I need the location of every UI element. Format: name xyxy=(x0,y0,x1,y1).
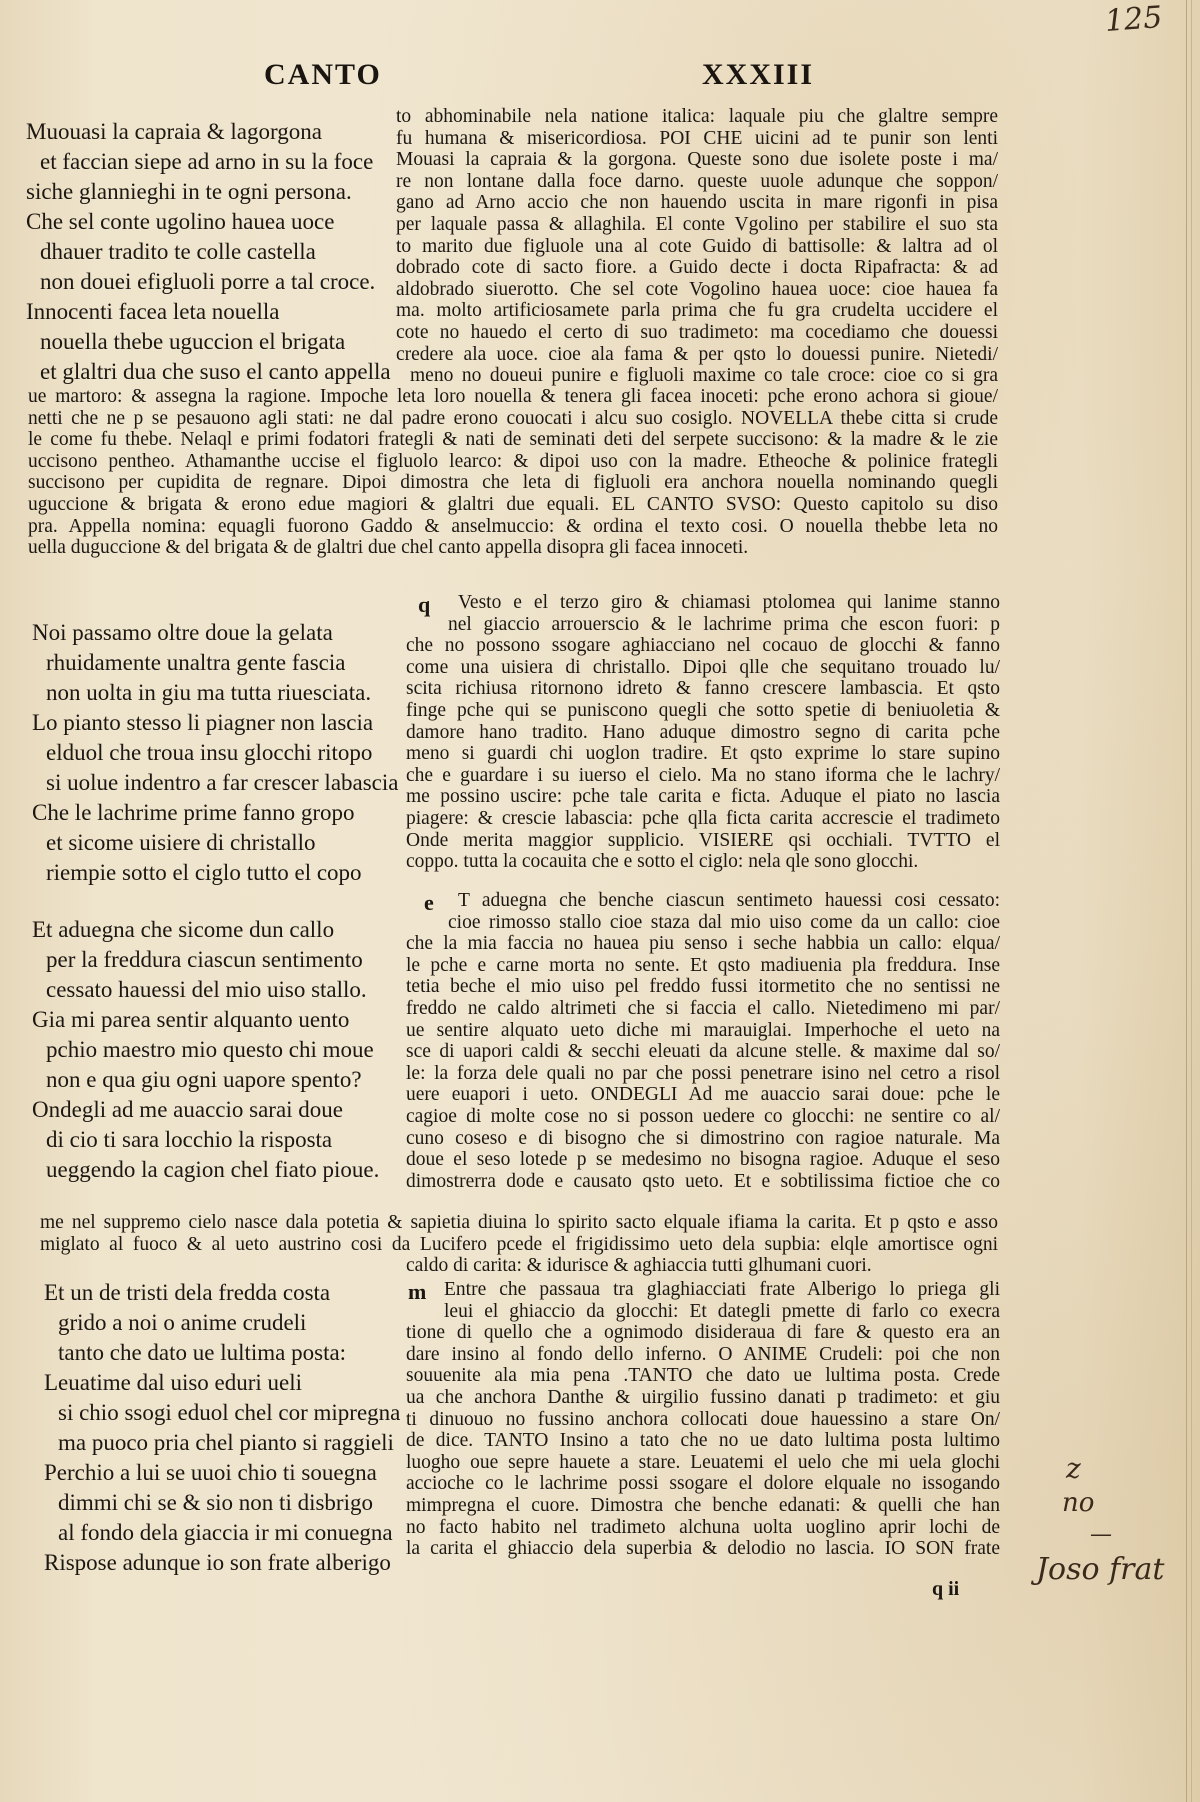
verse-line: Che sel conte ugolino hauea uoce xyxy=(26,207,396,237)
verse-line: et sicome uisiere di christallo xyxy=(32,828,402,858)
commentary-line: caldo di carita: & idurisce & aghiaccia … xyxy=(40,1255,998,1277)
verse-block-1: Muouasi la capraia & lagorgona et faccia… xyxy=(26,117,396,387)
commentary-line: dimostrerra dode e causato qsto ueto. Et… xyxy=(406,1171,1000,1193)
verse-line: Innocenti facea leta nouella xyxy=(26,297,396,327)
commentary-block-1: to abhominabile nela natione italica: la… xyxy=(396,106,998,387)
commentary-line: tione di quello che a ognimodo disiderau… xyxy=(406,1322,1000,1344)
commentary-line: credere ala uoce. cioe ala fama & per qs… xyxy=(396,344,998,366)
commentary-line: doue el seso lotede p se medesimo no bis… xyxy=(406,1149,1000,1171)
verse-line: dimmi chi se & sio non ti disbrigo xyxy=(44,1488,404,1518)
commentary-line: T aduegna che benche ciascun sentimeto h… xyxy=(406,890,1000,912)
verse-line: et glaltri dua che suso el canto appella xyxy=(26,357,396,387)
commentary-line: pra. Appella nomina: equagli fuorono Gad… xyxy=(28,516,998,538)
commentary-line: ue martoro: & assegna la ragione. Impoch… xyxy=(28,386,998,408)
commentary-line: re non lontane dalla foce darno. queste … xyxy=(396,171,998,193)
running-head-right: XXXIII xyxy=(702,58,814,92)
commentary-full-width-2: me nel suppremo cielo nasce dala potetia… xyxy=(40,1212,998,1277)
verse-line: Perchio a lui se uuoi chio ti souegna xyxy=(44,1458,404,1488)
verse-line: Et un de tristi dela fredda costa xyxy=(44,1278,404,1308)
commentary-line: le: la forza dele quali no par che possi… xyxy=(406,1063,1000,1085)
commentary-line: ti dinuouo no fussino anchora collocati … xyxy=(406,1409,1000,1431)
commentary-line: dobrado cote di sacto fiore. a Guido dec… xyxy=(396,257,998,279)
commentary-line: che e guardare i su iuerso el cielo. Ma … xyxy=(406,765,1000,787)
verse-line: Che le lachrime prime fanno gropo xyxy=(32,798,402,828)
margin-note-line: z xyxy=(1066,1452,1081,1485)
verse-line: Leuatime dal uiso eduri ueli xyxy=(44,1368,404,1398)
commentary-line: no facto habito nel tradimeto alchuna uo… xyxy=(406,1517,1000,1539)
commentary-line: ma. molto artificiosamete parla prima ch… xyxy=(396,300,998,322)
verse-line: Ondegli ad me auaccio sarai doue xyxy=(32,1095,402,1125)
commentary-line: netti che ne p se pesauono agli stati: n… xyxy=(28,408,998,430)
verse-line: di cio ti sara locchio la risposta xyxy=(32,1125,402,1155)
verse-line: pchio maestro mio questo chi moue xyxy=(32,1035,402,1065)
verse-line: ueggendo la cagion chel fiato pioue. xyxy=(32,1155,402,1185)
verse-line: ma puoco pria chel pianto si raggieli xyxy=(44,1428,404,1458)
verse-line: per la freddura ciascun sentimento xyxy=(32,945,402,975)
commentary-line: ua che anchora Danthe & uirgilio fussino… xyxy=(406,1387,1000,1409)
verse-block-4: Et un de tristi dela fredda costa grido … xyxy=(44,1278,404,1578)
book-page: 125 CANTO XXXIII Muouasi la capraia & la… xyxy=(0,0,1200,1802)
commentary-line: uere euapori i ueto. ONDEGLI Ad me auacc… xyxy=(406,1084,1000,1106)
handwritten-folio-number: 125 xyxy=(1104,0,1164,39)
commentary-line: la carita el ghiaccio dela superbia & de… xyxy=(406,1538,1000,1560)
commentary-line: finge pche qui se puniscono quegli che s… xyxy=(406,700,1000,722)
verse-line: rhuidamente unaltra gente fascia xyxy=(32,648,402,678)
commentary-line: Mouasi la capraia & la gorgona. Queste s… xyxy=(396,149,998,171)
commentary-line: Entre che passaua tra glaghiacciati frat… xyxy=(406,1279,1000,1301)
verse-line: al fondo dela giaccia ir mi conuegna xyxy=(44,1518,404,1548)
commentary-line: tetia beche el mio uiso pel freddo fussi… xyxy=(406,976,1000,998)
commentary-line: uccisono pentheo. Athamanthe uccise el f… xyxy=(28,451,998,473)
verse-line: siche glannieghi in te ogni persona. xyxy=(26,177,396,207)
commentary-line: souuenite ala mia pena .TANTO che dato u… xyxy=(406,1365,1000,1387)
commentary-line: cuno coseso e di bisogno che si dimostri… xyxy=(406,1128,1000,1150)
verse-line: non e qua giu ogni uapore spento? xyxy=(32,1065,402,1095)
verse-line: riempie sotto el ciglo tutto el copo xyxy=(32,858,402,888)
verse-line: Lo pianto stesso li piagner non lascia xyxy=(32,708,402,738)
commentary-line: me nel suppremo cielo nasce dala potetia… xyxy=(40,1212,998,1234)
verse-line: dhauer tradito te colle castella xyxy=(26,237,396,267)
commentary-line: uguccione & brigata & erono edue magiori… xyxy=(28,494,998,516)
commentary-line: gano ad Arno accio che non hauendo uscit… xyxy=(396,192,998,214)
commentary-line: Vesto e el terzo giro & chiamasi ptolome… xyxy=(406,592,1000,614)
commentary-line: mimpregna el cuore. Dimostra che benche … xyxy=(406,1495,1000,1517)
commentary-full-width-1: ue martoro: & assegna la ragione. Impoch… xyxy=(28,386,998,559)
commentary-line: leui el ghiaccio da glocchi: Et dategli … xyxy=(406,1301,1000,1323)
commentary-line: aldobrado siuerotto. Che sel cote Vogoli… xyxy=(396,279,998,301)
commentary-line: me possino uscire: pche tale carita e fi… xyxy=(406,786,1000,808)
verse-line: grido a noi o anime crudeli xyxy=(44,1308,404,1338)
commentary-line: uella duguccione & del brigata & de glal… xyxy=(28,537,998,559)
signature-mark: q ii xyxy=(932,1578,959,1601)
running-head-left: CANTO xyxy=(264,58,382,92)
commentary-line: cagioe di molte cose no si posson uedere… xyxy=(406,1106,1000,1128)
commentary-line: coppo. tutta la cocauita che e sotto el … xyxy=(406,851,1000,873)
commentary-line: meno si guardi chi uoglon tradire. Et qs… xyxy=(406,743,1000,765)
verse-line: cessato hauessi del mio uiso stallo. xyxy=(32,975,402,1005)
commentary-line: fu humana & misericordiosa. POI CHE uici… xyxy=(396,128,998,150)
commentary-line: to abhominabile nela natione italica: la… xyxy=(396,106,998,128)
verse-line: si chio ssogi eduol chel cor mipregna xyxy=(44,1398,404,1428)
verse-line: nouella thebe uguccion el brigata xyxy=(26,327,396,357)
commentary-line: dare insino al fondo dello inferno. O AN… xyxy=(406,1344,1000,1366)
commentary-line: de dice. TANTO Insino a tato che no ue d… xyxy=(406,1430,1000,1452)
commentary-line: accioche co le lachrime possi ssogare el… xyxy=(406,1473,1000,1495)
commentary-line: sce di uapori caldi & secchi eleuati da … xyxy=(406,1041,1000,1063)
commentary-line: per laquale passa & allaghila. El conte … xyxy=(396,214,998,236)
commentary-line: succisono per cupidita de regnare. Dipoi… xyxy=(28,472,998,494)
commentary-block-3: T aduegna che benche ciascun sentimeto h… xyxy=(406,890,1000,1192)
commentary-block-2: Vesto e el terzo giro & chiamasi ptolome… xyxy=(406,592,1000,873)
commentary-line: meno no doueui punire e figluoli maxime … xyxy=(396,365,998,387)
commentary-line: Onde merita maggior supplicio. VISIERE q… xyxy=(406,830,1000,852)
commentary-line: cote no hauedo el certo di suo tradimeto… xyxy=(396,322,998,344)
commentary-line: che la mia faccia no hauea piu senso i s… xyxy=(406,933,1000,955)
verse-line: non douei efigluoli porre a tal croce. xyxy=(26,267,396,297)
verse-block-2: Noi passamo oltre doue la gelata rhuidam… xyxy=(32,618,402,888)
verse-line: Muouasi la capraia & lagorgona xyxy=(26,117,396,147)
margin-note-line: no xyxy=(1062,1488,1094,1518)
verse-line: Et aduegna che sicome dun callo xyxy=(32,915,402,945)
page-edge-rule xyxy=(1186,0,1192,1802)
commentary-line: scita richiusa ritornono idreto & fanno … xyxy=(406,678,1000,700)
verse-line: Gia mi parea sentir alquanto uento xyxy=(32,1005,402,1035)
commentary-line: damore hano tradito. Hano aduque dimostr… xyxy=(406,722,1000,744)
verse-line: et faccian siepe ad arno in su la foce xyxy=(26,147,396,177)
commentary-line: come una uisiera di christallo. Dipoi ql… xyxy=(406,657,1000,679)
verse-line: elduol che troua insu glocchi ritopo xyxy=(32,738,402,768)
margin-note-line: Joso frat xyxy=(1036,1552,1164,1587)
verse-line: non uolta in giu ma tutta riuesciata. xyxy=(32,678,402,708)
commentary-line: ue sentire alquato ueto diche mi marauig… xyxy=(406,1020,1000,1042)
commentary-line: freddo ne caldo altrimeti che si faccia … xyxy=(406,998,1000,1020)
commentary-line: to marito due figluole una al cote Guido… xyxy=(396,236,998,258)
commentary-line: cioe rimosso stallo cioe staza dal mio u… xyxy=(406,912,1000,934)
commentary-block-4: Entre che passaua tra glaghiacciati frat… xyxy=(406,1279,1000,1560)
margin-note-line: — xyxy=(1090,1522,1112,1547)
commentary-line: le come fu thebe. Nelaql e primi fodator… xyxy=(28,429,998,451)
commentary-line: luogho oue sepre hauete a stare. Leuatem… xyxy=(406,1452,1000,1474)
verse-line: si uolue indentro a far crescer labascia xyxy=(32,768,402,798)
commentary-line: nel giaccio arrouerscio & le lachrime pr… xyxy=(406,614,1000,636)
verse-block-3: Et aduegna che sicome dun callo per la f… xyxy=(32,915,402,1185)
verse-line: Rispose adunque io son frate alberigo xyxy=(44,1548,404,1578)
commentary-line: miglato al fuoco & al ueto austrino cosi… xyxy=(40,1234,998,1256)
verse-line: Noi passamo oltre doue la gelata xyxy=(32,618,402,648)
commentary-line: che no possono ssogare aghiacciano nel c… xyxy=(406,635,1000,657)
verse-line: tanto che dato ue lultima posta: xyxy=(44,1338,404,1368)
commentary-line: le pche e carne morta no sente. Et qsto … xyxy=(406,955,1000,977)
commentary-line: piagere: & crescie labascia: pche qlla f… xyxy=(406,808,1000,830)
